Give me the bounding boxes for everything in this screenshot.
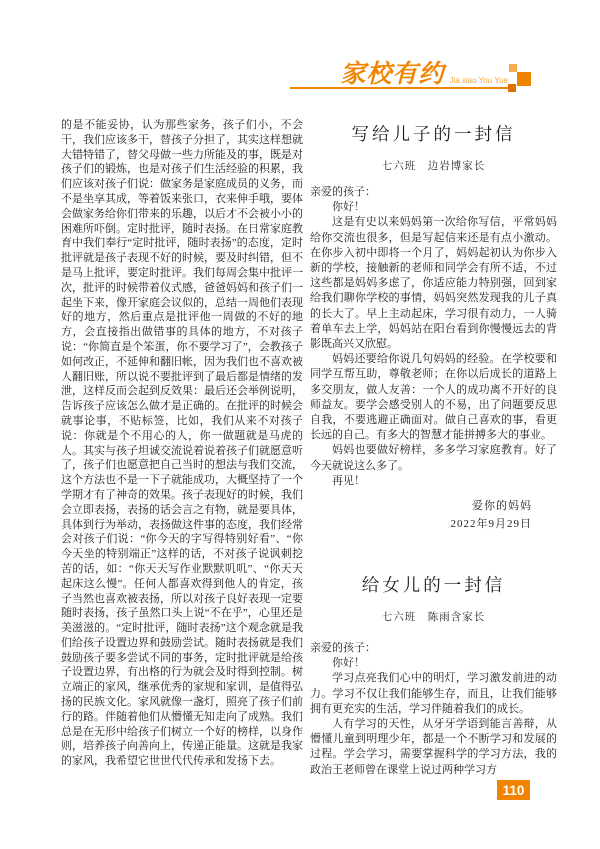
letter-daughter-byline: 七六班 陈雨含家长 — [310, 609, 557, 624]
letter-daughter-greeting: 你好！ — [310, 656, 557, 671]
letter-son-paragraph: 这是有史以来妈妈第一次给你写信，平常妈妈给你交流也很多，但是写起信来还是有点小激… — [310, 215, 557, 352]
letter-son-signature: 爱你的妈妈 — [310, 498, 532, 516]
letter-daughter-title: 给女儿的一封信 — [310, 572, 557, 597]
letter-son-title: 写给儿子的一封信 — [310, 121, 557, 146]
section-title: 家校有约 — [340, 62, 444, 87]
letter-son-signature-block: 爱你的妈妈 2022年9月29日 — [310, 498, 532, 533]
section-header: 家校有约 Jia xiao You Yue — [0, 56, 508, 87]
letter-daughter-paragraph: 学习点亮我们心中的明灯，学习激发前进的动力。学习不仅让我们能够生存，而且，让我们… — [310, 671, 557, 717]
page-number-badge: 110 — [497, 780, 530, 800]
deco-square-dark — [508, 84, 516, 92]
left-column-text: 的是不能妥协，认为那些家务，孩子们小，不会干，我们应该多干，替孩子分担了，其实这… — [61, 118, 303, 769]
letter-daughter-paragraph: 人有学习的天性，从牙牙学语到能言善辩，从懵懂儿童到明理少年，都是一个不断学习和发… — [310, 717, 557, 778]
letter-daughter-salutation: 亲爱的孩子： — [310, 641, 557, 656]
letter-son-date: 2022年9月29日 — [310, 516, 532, 534]
header-rule — [290, 87, 508, 89]
letter-son-body: 亲爱的孩子： 你好！ 这是有史以来妈妈第一次给你写信，平常妈妈给你交流也很多，但… — [310, 185, 557, 489]
letter-son-salutation: 亲爱的孩子： — [310, 185, 557, 200]
letter-son-farewell: 再见！ — [310, 474, 557, 489]
section-title-pinyin: Jia xiao You Yue — [449, 77, 508, 87]
deco-square-main — [517, 72, 531, 86]
letter-son-paragraph: 妈妈也要做好榜样，多多学习家庭教育。好了今天就说这么多了。 — [310, 443, 557, 473]
letter-son-byline: 七六班 边岩博家长 — [310, 158, 557, 173]
letter-daughter-body: 亲爱的孩子： 你好！ 学习点亮我们心中的明灯，学习激发前进的动力。学习不仅让我们… — [310, 641, 557, 778]
letter-son-paragraph: 妈妈还要给你说几句妈妈的经验。在学校要和同学互帮互助，尊敬老师；在你以后成长的道… — [310, 352, 557, 443]
magazine-page: 家校有约 Jia xiao You Yue 的是不能妥协，认为那些家务，孩子们小… — [0, 0, 600, 849]
deco-square-light — [509, 64, 517, 72]
letter-son-greeting: 你好！ — [310, 200, 557, 215]
